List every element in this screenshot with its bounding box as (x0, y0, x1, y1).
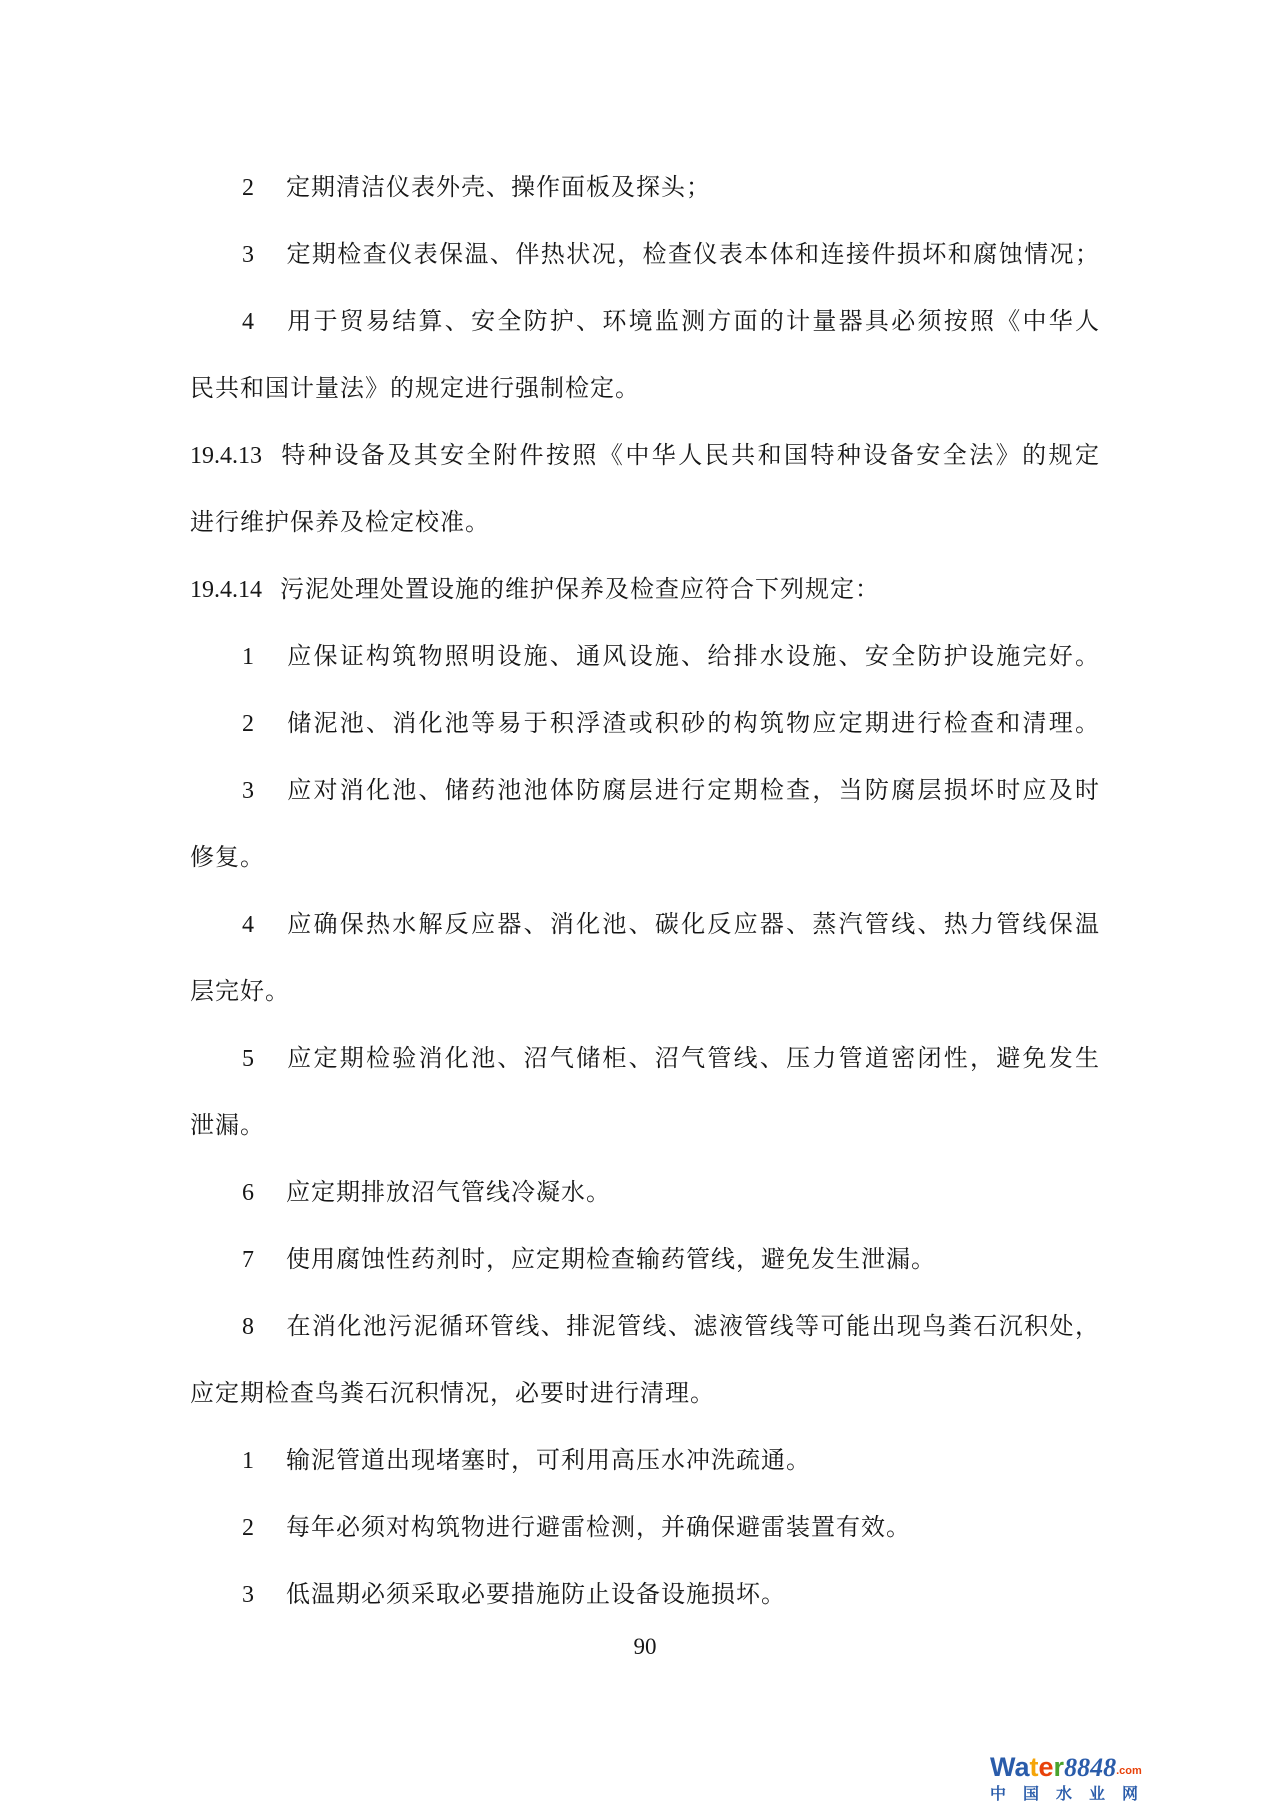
document-page: 2定期清洁仪表外壳、操作面板及探头； 3定期检查仪表保温、伴热状况，检查仪表本体… (190, 155, 1100, 1664)
logo-number: 8848 (1064, 1753, 1116, 1782)
section-number: 19.4.13 (190, 423, 262, 490)
section-heading: 19.4.13特种设备及其安全附件按照《中华人民共和国特种设备安全法》的规定 (190, 423, 1100, 490)
logo-letter: t (1030, 1752, 1039, 1782)
item-text: 储泥池、消化池等易于积浮渣或积砂的构筑物应定期进行检查和清理。 (286, 711, 1100, 737)
item-text: 在消化池污泥循环管线、排泥管线、滤液管线等可能出现鸟粪石沉积处， (286, 1314, 1100, 1340)
section-text: 污泥处理处置设施的维护保养及检查应符合下列规定： (280, 577, 880, 603)
section-text: 特种设备及其安全附件按照《中华人民共和国特种设备安全法》的规定 (280, 443, 1100, 469)
logo-subtitle: 中国水业网 (990, 1786, 1190, 1804)
section-heading: 19.4.14污泥处理处置设施的维护保养及检查应符合下列规定： (190, 557, 1100, 624)
list-item: 5应定期检验消化池、沼气储柜、沼气管线、压力管道密闭性，避免发生 (190, 1026, 1100, 1093)
item-text: 定期清洁仪表外壳、操作面板及探头； (286, 175, 711, 201)
continuation-line: 泄漏。 (190, 1093, 1100, 1160)
logo-wordmark: Water8848.com (990, 1754, 1190, 1784)
list-item: 2每年必须对构筑物进行避雷检测，并确保避雷装置有效。 (190, 1495, 1100, 1562)
list-item: 3低温期必须采取必要措施防止设备设施损坏。 (190, 1562, 1100, 1629)
list-item: 1应保证构筑物照明设施、通风设施、给排水设施、安全防护设施完好。 (190, 624, 1100, 691)
logo-tld: .com (1116, 1765, 1142, 1777)
list-item: 2储泥池、消化池等易于积浮渣或积砂的构筑物应定期进行检查和清理。 (190, 691, 1100, 758)
item-text: 应定期排放沼气管线冷凝水。 (286, 1180, 611, 1206)
list-item: 6应定期排放沼气管线冷凝水。 (190, 1160, 1100, 1227)
list-item: 8在消化池污泥循环管线、排泥管线、滤液管线等可能出现鸟粪石沉积处， (190, 1294, 1100, 1361)
list-item: 1输泥管道出现堵塞时，可利用高压水冲洗疏通。 (190, 1428, 1100, 1495)
continuation-line: 层完好。 (190, 959, 1100, 1026)
continuation-line: 进行维护保养及检定校准。 (190, 490, 1100, 557)
section-text: 进行维护保养及检定校准。 (190, 510, 490, 536)
item-number: 4 (242, 892, 286, 959)
item-number: 2 (242, 1495, 286, 1562)
list-item: 4用于贸易结算、安全防护、环境监测方面的计量器具必须按照《中华人 (190, 289, 1100, 356)
item-number: 8 (242, 1294, 286, 1361)
item-number: 7 (242, 1227, 286, 1294)
item-text: 修复。 (190, 845, 265, 871)
item-text: 民共和国计量法》的规定进行强制检定。 (190, 376, 640, 402)
water8848-watermark-logo: Water8848.com 中国水业网 (990, 1754, 1190, 1804)
list-item: 7使用腐蚀性药剂时，应定期检查输药管线，避免发生泄漏。 (190, 1227, 1100, 1294)
section-number: 19.4.14 (190, 557, 262, 624)
logo-letter: W (990, 1752, 1014, 1782)
item-text: 输泥管道出现堵塞时，可利用高压水冲洗疏通。 (286, 1448, 811, 1474)
item-number: 1 (242, 624, 286, 691)
item-text: 层完好。 (190, 979, 290, 1005)
item-text: 应确保热水解反应器、消化池、碳化反应器、蒸汽管线、热力管线保温 (286, 912, 1100, 938)
item-text: 定期检查仪表保温、伴热状况，检查仪表本体和连接件损坏和腐蚀情况； (286, 242, 1100, 268)
item-number: 3 (242, 1562, 286, 1629)
item-number: 1 (242, 1428, 286, 1495)
item-number: 4 (242, 289, 286, 356)
list-item: 4应确保热水解反应器、消化池、碳化反应器、蒸汽管线、热力管线保温 (190, 892, 1100, 959)
page-number: 90 (190, 1630, 1100, 1664)
continuation-line: 民共和国计量法》的规定进行强制检定。 (190, 356, 1100, 423)
item-text: 低温期必须采取必要措施防止设备设施损坏。 (286, 1582, 786, 1608)
item-number: 3 (242, 222, 286, 289)
continuation-line: 应定期检查鸟粪石沉积情况，必要时进行清理。 (190, 1361, 1100, 1428)
list-item: 3定期检查仪表保温、伴热状况，检查仪表本体和连接件损坏和腐蚀情况； (190, 222, 1100, 289)
list-item: 2定期清洁仪表外壳、操作面板及探头； (190, 155, 1100, 222)
item-text: 应定期检验消化池、沼气储柜、沼气管线、压力管道密闭性，避免发生 (286, 1046, 1100, 1072)
item-number: 5 (242, 1026, 286, 1093)
item-text: 应对消化池、储药池池体防腐层进行定期检查，当防腐层损坏时应及时 (286, 778, 1100, 804)
item-number: 3 (242, 758, 286, 825)
item-text: 使用腐蚀性药剂时，应定期检查输药管线，避免发生泄漏。 (286, 1247, 936, 1273)
logo-letter: r (1054, 1752, 1065, 1782)
item-text: 应保证构筑物照明设施、通风设施、给排水设施、安全防护设施完好。 (286, 644, 1100, 670)
item-text: 泄漏。 (190, 1113, 265, 1139)
item-text: 每年必须对构筑物进行避雷检测，并确保避雷装置有效。 (286, 1515, 911, 1541)
list-item: 3应对消化池、储药池池体防腐层进行定期检查，当防腐层损坏时应及时 (190, 758, 1100, 825)
continuation-line: 修复。 (190, 825, 1100, 892)
item-text: 用于贸易结算、安全防护、环境监测方面的计量器具必须按照《中华人 (286, 309, 1100, 335)
item-number: 6 (242, 1160, 286, 1227)
logo-letter: e (1039, 1752, 1054, 1782)
item-number: 2 (242, 691, 286, 758)
logo-letter: a (1014, 1752, 1029, 1782)
item-number: 2 (242, 155, 286, 222)
item-text: 应定期检查鸟粪石沉积情况，必要时进行清理。 (190, 1381, 715, 1407)
